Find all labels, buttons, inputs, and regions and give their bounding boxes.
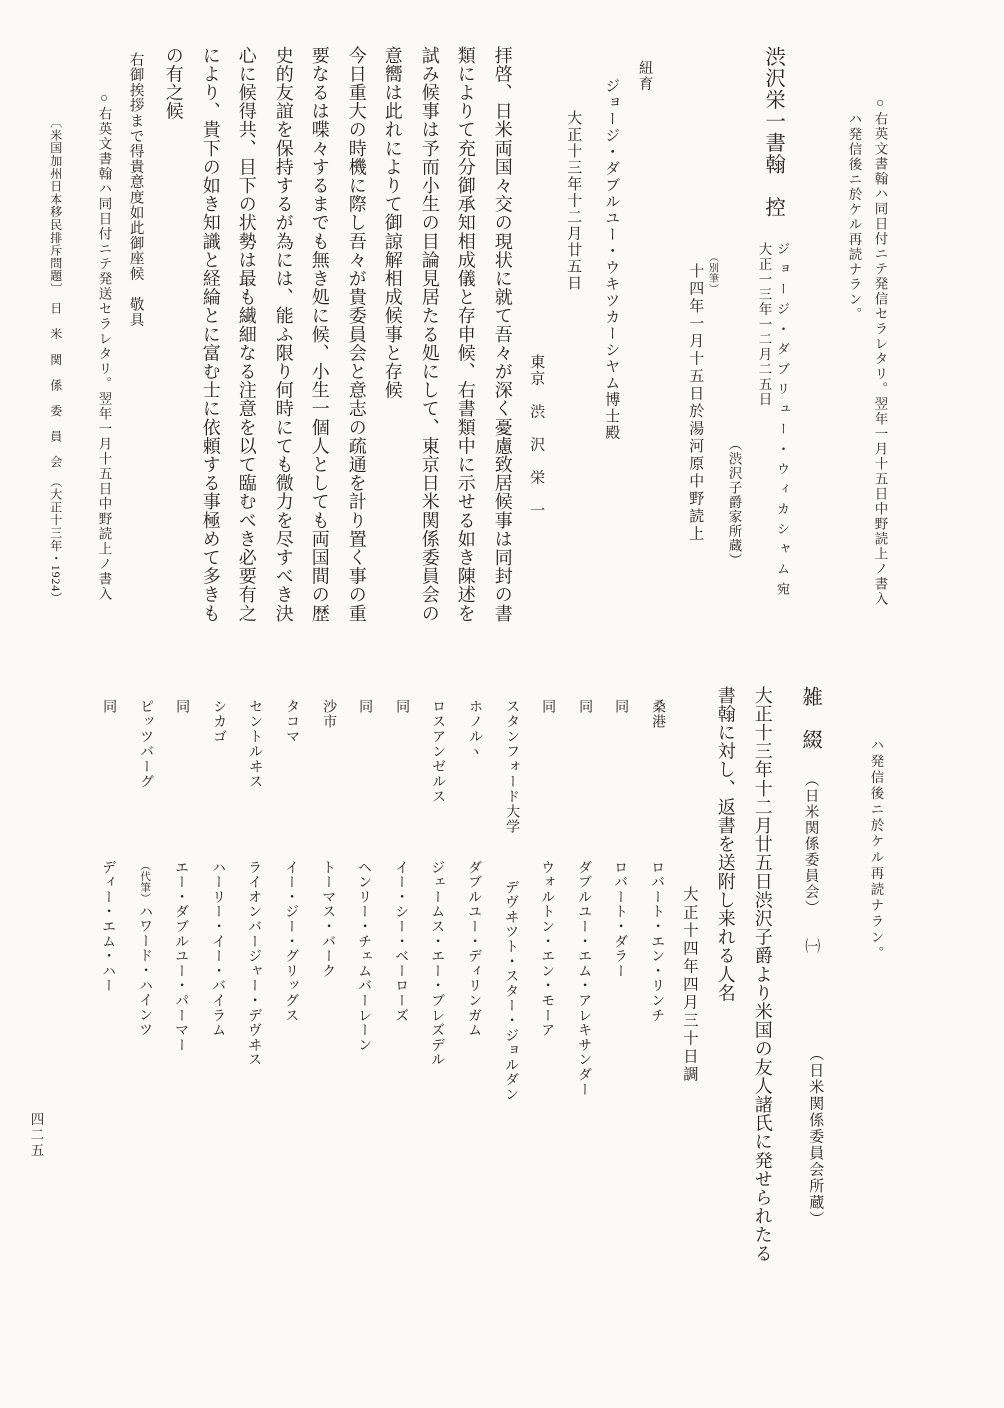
entry-15-name-prefix: （代筆） [139, 860, 150, 904]
date-annotation: 大正一三年一二月二五日 [756, 242, 772, 407]
entry-9-place: 同 [356, 699, 372, 714]
misc-section-number: ㈠ [802, 938, 819, 954]
page-number: 四二五 [28, 1112, 44, 1159]
letter-body-col-8: 心に候得共、目下の状勢は最も繊細なる注意を以て臨むべき必要有之 [236, 46, 257, 623]
entry-6-name: ダブルユー・ディリンガム [465, 860, 481, 1038]
entry-3-place: 同 [576, 699, 592, 714]
entry-16-name: ディー・エム・ハー [99, 860, 115, 993]
entry-4-name: ウォルトン・エン・モーア [538, 860, 554, 1038]
entry-12-name: ライオンバージャー・デヴヰス [245, 860, 261, 1067]
entry-1-name: ロバート・エン・リンチ [648, 860, 664, 1023]
misc-section-title: 雑 綴 [797, 686, 821, 751]
letter-body-col-6: 要なるは喋々するまでも無き処に候、小生一個人としても両国間の歴 [309, 46, 330, 623]
entry-1-place: 桑港 [649, 699, 665, 729]
entry-5-place: スタンフォード大学 [503, 699, 519, 834]
misc-section-org: （日米関係委員会） [802, 772, 819, 916]
entry-2-name: ロバート・ダラー [611, 860, 627, 978]
sent-note: ○右英文書翰ハ同日付ニテ発送セラレタリ。翌年一月十五日中野読上ノ書入 [96, 90, 112, 602]
entry-8-name: イー・シー・ベーローズ [392, 860, 408, 1023]
letter-body-col-3: 試み候事は予而小生の目論見居たる処にして、東京日米関係委員会の [419, 46, 440, 623]
entry-9-name: ヘンリー・チェムバーレーン [355, 860, 371, 1052]
reading-annotation: 十四年一月十五日於湯河原中野読上 [686, 263, 703, 543]
reread-note-continuation: ハ発信後ニ於ケル再読ナラン。 [868, 738, 884, 962]
compiled-date: 大正十四年四月三十日調 [680, 886, 698, 1084]
letter-body-col-4: 意嚮は此れによりて御諒解相成候事と存候 [382, 46, 403, 399]
betsuhitsu-annotation: （別筆） [706, 252, 718, 294]
letter-body-col-10: の有之候 [163, 46, 184, 120]
entry-13-name: ハーリー・イー・バイラム [209, 860, 225, 1038]
list-header-line-2: 書翰に対し、返書を送附し来れる人名 [715, 686, 736, 1002]
entry-2-place: 同 [612, 699, 628, 714]
margin-note-line-1: ○右英文書翰ハ同日付ニテ発信セラレタリ。翌年一月十五日中野読上ノ書入 [872, 95, 888, 607]
addressee-annotation: ジョージ・ダブリュー・ウィカシャム宛 [774, 242, 789, 602]
recipient-name: ジョージ・ダブルユー・ウキツカーシヤム博士殿 [602, 78, 619, 441]
family-collection-note: （渋沢子爵家所蔵） [726, 437, 742, 568]
entry-13-place: シカゴ [210, 699, 226, 744]
entry-16-place: 同 [100, 699, 116, 714]
letter-date: 大正十三年十二月廿五日 [564, 110, 581, 292]
entry-10-place: 沙市 [320, 699, 336, 729]
letter-body-col-2: 類によりて充分御承知相成儀と存申候、右書類中に示せる如き陳述を [455, 46, 476, 623]
letter-title: 渋沢栄一書翰 控 [760, 46, 784, 218]
letter-body-col-5: 今日重大の時機に際し吾々が貴委員会と意志の疏通を計り置く事の重 [346, 46, 367, 623]
list-header-line-1: 大正十三年十二月廿五日渋沢子爵より米国の友人諸氏に発せられたる [752, 686, 773, 1263]
letter-body-col-9: により、貴下の如き知識と経綸とに富む士に依頼する事極めて多きも [200, 46, 221, 623]
entry-12-place: セントルヰス [246, 699, 262, 789]
entry-8-place: 同 [393, 699, 409, 714]
recipient-city: 紐育 [636, 60, 653, 92]
entry-11-name: イー・ジー・グリッグス [282, 860, 298, 1023]
entry-10-name: トーマス・バーク [319, 860, 335, 978]
entry-5-name: デヴヰツト・スター・ジョルダン [502, 880, 518, 1102]
entry-14-place: 同 [173, 699, 189, 714]
margin-note-line-2: ハ発信後ニ於ケル再読ナラン。 [846, 112, 862, 322]
entry-7-place: ロスアンゼルス [429, 699, 445, 804]
scanned-book-page: ○右英文書翰ハ同日付ニテ発信セラレタリ。翌年一月十五日中野読上ノ書入 ハ発信後ニ… [0, 0, 1004, 1408]
closing-line: 右御挨拶まで得貴意度如此御座候 敬具 [127, 52, 144, 327]
letter-body-col-7: 史的友誼を保持するが為には、能ふ限り何時にても微力を尽すべき決 [273, 46, 294, 623]
entry-3-name: ダブルユー・エム・アレキサンダー [575, 860, 591, 1097]
entry-11-place: タコマ [283, 699, 299, 744]
org-collection-note: （日米関係委員会所蔵） [806, 1046, 823, 1228]
letter-body-col-1: 拝啓、日米両国々交の現状に就て吾々が深く憂慮致居候事は同封の書 [492, 46, 513, 623]
entry-6-place: ホノルヽ [466, 699, 482, 759]
entry-15-name: （代筆）ハワード・ハインツ [136, 860, 152, 1037]
entry-14-name: エー・ダブルユー・パーマー [172, 860, 188, 1052]
entry-7-name: ジェームス・エー・ブレズデル [428, 860, 444, 1067]
sender-signature: 東京 渋 沢 栄 一 [527, 354, 544, 519]
entry-4-place: 同 [539, 699, 555, 714]
entry-15-place: ピッツバーグ [137, 699, 153, 789]
subject-tag: 〔米国加州日本移民排斥問題〕 日 米 関 係 委 員 会 （大正十三年・1924… [48, 116, 62, 605]
